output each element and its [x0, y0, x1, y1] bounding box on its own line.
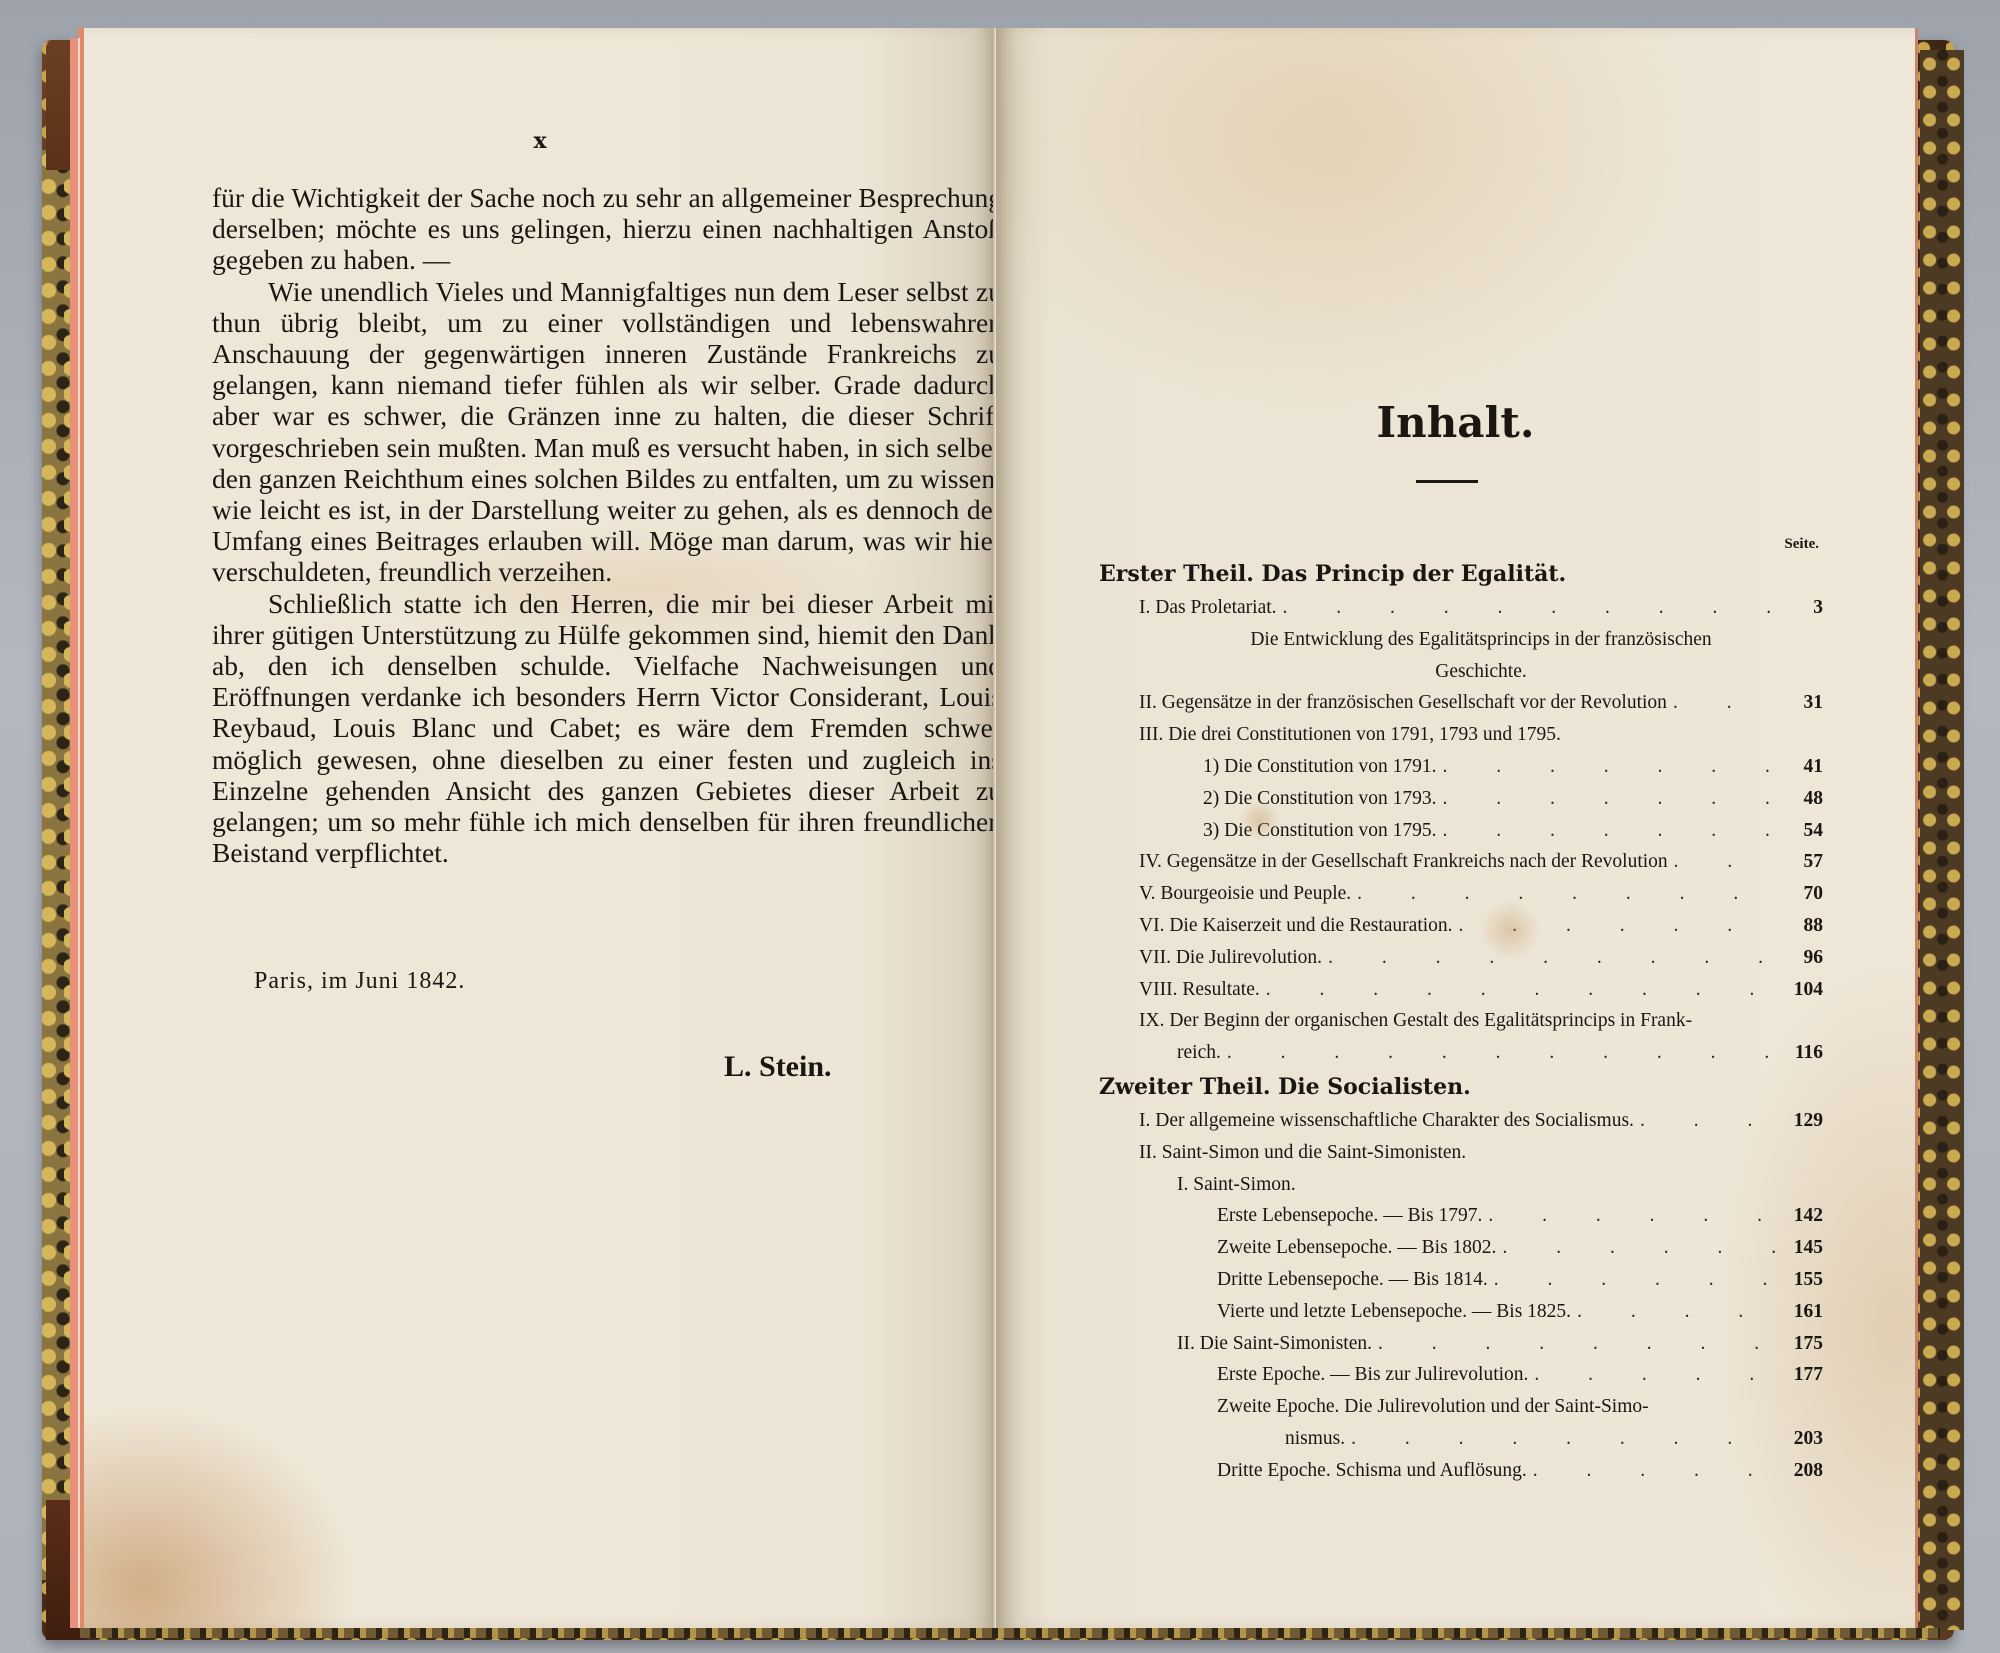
toc-entry-page: 161: [1785, 1296, 1823, 1328]
foxing-stain: [1480, 900, 1540, 960]
toc-entry: I. Das Proletariat.. . . . . . . . . . .…: [1099, 592, 1823, 624]
paragraph-1: für die Wichtigkeit der Sache noch zu se…: [212, 182, 1002, 276]
dot-leader: . . . . . . . . . . . . . . . . . . . . …: [1494, 1264, 1779, 1296]
toc-entry-label: 2) Die Constitution von 1793.: [1203, 783, 1436, 815]
toc-entry-page: 70: [1785, 878, 1823, 910]
toc-entry-label: 1) Die Constitution von 1791.: [1203, 751, 1436, 783]
toc-entry-page: 57: [1785, 846, 1823, 878]
dot-leader: . . . . . . . . . . . . . . . . . . . . …: [1442, 783, 1779, 815]
toc-entry-label: I. Der allgemeine wissenschaftliche Char…: [1139, 1105, 1634, 1137]
dot-leader: . . . . . . . . . . . . . . . . . . . . …: [1351, 1423, 1779, 1455]
toc-entry: VIII. Resultate.. . . . . . . . . . . . …: [1099, 974, 1823, 1006]
toc-entry-label: VI. Die Kaiserzeit und die Restauration.: [1139, 910, 1453, 942]
author-signature: L. Stein.: [724, 1050, 832, 1084]
toc-entry-page: 41: [1785, 751, 1823, 783]
toc-entry-label: Zweite Epoche. Die Julirevolution und de…: [1217, 1391, 1649, 1423]
place-date: Paris, im Juni 1842.: [254, 968, 465, 995]
toc-entry-label: IV. Gegensätze in der Gesellschaft Frank…: [1139, 846, 1668, 878]
toc-entry-label: reich.: [1177, 1037, 1221, 1069]
toc-entry-page: 116: [1785, 1037, 1823, 1069]
dot-leader: . . . . . . . . . . . . . . . . . . . . …: [1640, 1105, 1779, 1137]
toc-entry: VI. Die Kaiserzeit und die Restauration.…: [1099, 910, 1823, 942]
toc-entry-page: 48: [1785, 783, 1823, 815]
toc-entry-label: Dritte Lebensepoche. — Bis 1814.: [1217, 1264, 1488, 1296]
paragraph-2: Wie unendlich Vieles und Mannigfaltiges …: [212, 276, 1002, 588]
toc-entry: Dritte Lebensepoche. — Bis 1814.. . . . …: [1099, 1264, 1823, 1296]
toc-entry-label: nismus.: [1285, 1423, 1345, 1455]
toc-entry-page: 31: [1785, 687, 1823, 719]
dot-leader: . . . . . . . . . . . . . . . . . . . . …: [1357, 878, 1779, 910]
toc-entry: I. Der allgemeine wissenschaftliche Char…: [1099, 1105, 1823, 1137]
dot-leader: . . . . . . . . . . . . . . . . . . . . …: [1442, 815, 1779, 847]
toc-entry-page: 142: [1785, 1200, 1823, 1232]
page-number: x: [84, 128, 996, 154]
toc-entry-label: II. Die Saint-Simonisten.: [1177, 1328, 1372, 1360]
page-column-label: Seite.: [1784, 536, 1819, 553]
toc-entry-label: VIII. Resultate.: [1139, 974, 1260, 1006]
dot-leader: . . . . . . . . . . . . . . . . . . . . …: [1328, 942, 1779, 974]
paragraph-3: Schließlich statte ich den Herren, die m…: [212, 588, 1002, 869]
toc-entry-label: I. Das Proletariat.: [1139, 592, 1277, 624]
toc-entry-label: I. Saint-Simon.: [1177, 1169, 1296, 1201]
toc-part-heading: Erster Theil. Das Princip der Egalität.: [1099, 556, 1823, 592]
marbled-cover-right: [1920, 50, 1964, 1630]
toc-entry: reich.. . . . . . . . . . . . . . . . . …: [1099, 1037, 1823, 1069]
right-page: Inhalt. Seite. Erster Theil. Das Princip…: [996, 28, 1918, 1628]
toc-entry: Zweite Epoche. Die Julirevolution und de…: [1099, 1391, 1823, 1423]
toc-entry: Erste Lebensepoche. — Bis 1797.. . . . .…: [1099, 1200, 1823, 1232]
toc-entry-label: Erste Epoche. — Bis zur Julirevolution.: [1217, 1359, 1528, 1391]
toc-entry-page: 145: [1785, 1232, 1823, 1264]
dot-leader: . . . . . . . . . . . . . . . . . . . . …: [1488, 1200, 1779, 1232]
dot-leader: . . . . . . . . . . . . . . . . . . . . …: [1674, 846, 1779, 878]
title-rule: [1416, 480, 1478, 483]
marbled-bottom-edge: [80, 1628, 1940, 1638]
toc-entry-label: Geschichte.: [1435, 656, 1527, 688]
toc-entry-page: 203: [1785, 1423, 1823, 1455]
toc-entry-page: 88: [1785, 910, 1823, 942]
foxing-stain: [1240, 800, 1280, 840]
toc-entry-label: VII. Die Julirevolution.: [1139, 942, 1322, 974]
toc-entry: II. Gegensätze in der französischen Gese…: [1099, 687, 1823, 719]
toc-entry-label: V. Bourgeoisie und Peuple.: [1139, 878, 1351, 910]
toc-entry: I. Saint-Simon.: [1099, 1169, 1823, 1201]
toc-entry: 3) Die Constitution von 1795.. . . . . .…: [1099, 815, 1823, 847]
dot-leader: . . . . . . . . . . . . . . . . . . . . …: [1577, 1296, 1779, 1328]
toc-entry: nismus.. . . . . . . . . . . . . . . . .…: [1099, 1423, 1823, 1455]
toc-entry-page: 96: [1785, 942, 1823, 974]
toc-entry-label: Zweite Lebensepoche. — Bis 1802.: [1217, 1232, 1496, 1264]
toc-entry: Erste Epoche. — Bis zur Julirevolution..…: [1099, 1359, 1823, 1391]
toc-entry-page: 155: [1785, 1264, 1823, 1296]
toc-entry: Geschichte.: [1099, 656, 1823, 688]
toc-entry: 1) Die Constitution von 1791.. . . . . .…: [1099, 751, 1823, 783]
toc-entry: VII. Die Julirevolution.. . . . . . . . …: [1099, 942, 1823, 974]
toc-entry: III. Die drei Constitutionen von 1791, 1…: [1099, 719, 1823, 751]
toc-entry-page: 175: [1785, 1328, 1823, 1360]
toc-entry-page: 54: [1785, 815, 1823, 847]
toc-entry-page: 208: [1785, 1455, 1823, 1487]
toc-entry: Vierte und letzte Lebensepoche. — Bis 18…: [1099, 1296, 1823, 1328]
dot-leader: . . . . . . . . . . . . . . . . . . . . …: [1378, 1328, 1779, 1360]
toc-entry-page: 3: [1785, 592, 1823, 624]
dot-leader: . . . . . . . . . . . . . . . . . . . . …: [1266, 974, 1779, 1006]
toc-entry-label: Dritte Epoche. Schisma und Auflösung.: [1217, 1455, 1527, 1487]
toc-entry-page: 177: [1785, 1359, 1823, 1391]
toc-entry: IV. Gegensätze in der Gesellschaft Frank…: [1099, 846, 1823, 878]
dot-leader: . . . . . . . . . . . . . . . . . . . . …: [1533, 1455, 1779, 1487]
toc-entry-page: 104: [1785, 974, 1823, 1006]
dot-leader: . . . . . . . . . . . . . . . . . . . . …: [1502, 1232, 1779, 1264]
toc-entry-label: II. Gegensätze in der französischen Gese…: [1139, 687, 1667, 719]
dot-leader: . . . . . . . . . . . . . . . . . . . . …: [1534, 1359, 1779, 1391]
toc-entry-label: III. Die drei Constitutionen von 1791, 1…: [1139, 719, 1561, 751]
toc-entry: Zweite Lebensepoche. — Bis 1802.. . . . …: [1099, 1232, 1823, 1264]
toc-entry-label: II. Saint-Simon und die Saint-Simonisten…: [1139, 1137, 1466, 1169]
dot-leader: . . . . . . . . . . . . . . . . . . . . …: [1442, 751, 1779, 783]
toc-entry-label: 3) Die Constitution von 1795.: [1203, 815, 1436, 847]
toc-entry: IX. Der Beginn der organischen Gestalt d…: [1099, 1005, 1823, 1037]
toc-entry-label: Erste Lebensepoche. — Bis 1797.: [1217, 1200, 1482, 1232]
toc-entry: V. Bourgeoisie und Peuple.. . . . . . . …: [1099, 878, 1823, 910]
dot-leader: . . . . . . . . . . . . . . . . . . . . …: [1673, 687, 1779, 719]
toc-entry-page: 129: [1785, 1105, 1823, 1137]
dot-leader: . . . . . . . . . . . . . . . . . . . . …: [1227, 1037, 1779, 1069]
toc-entry-label: IX. Der Beginn der organischen Gestalt d…: [1139, 1005, 1692, 1037]
preface-text: für die Wichtigkeit der Sache noch zu se…: [212, 182, 1002, 868]
toc-entry-label: Die Entwicklung des Egalitätsprincips in…: [1250, 624, 1711, 656]
table-of-contents: Erster Theil. Das Princip der Egalität.I…: [1099, 556, 1823, 1487]
toc-entry: 2) Die Constitution von 1793.. . . . . .…: [1099, 783, 1823, 815]
toc-title: Inhalt.: [996, 398, 1915, 447]
left-page: x für die Wichtigkeit der Sache noch zu …: [78, 28, 996, 1628]
toc-entry: Die Entwicklung des Egalitätsprincips in…: [1099, 624, 1823, 656]
dot-leader: . . . . . . . . . . . . . . . . . . . . …: [1283, 592, 1779, 624]
toc-entry: Dritte Epoche. Schisma und Auflösung.. .…: [1099, 1455, 1823, 1487]
toc-entry-label: Vierte und letzte Lebensepoche. — Bis 18…: [1217, 1296, 1571, 1328]
toc-entry: II. Die Saint-Simonisten.. . . . . . . .…: [1099, 1328, 1823, 1360]
toc-part-heading: Zweiter Theil. Die Socialisten.: [1099, 1069, 1823, 1105]
toc-entry: II. Saint-Simon und die Saint-Simonisten…: [1099, 1137, 1823, 1169]
